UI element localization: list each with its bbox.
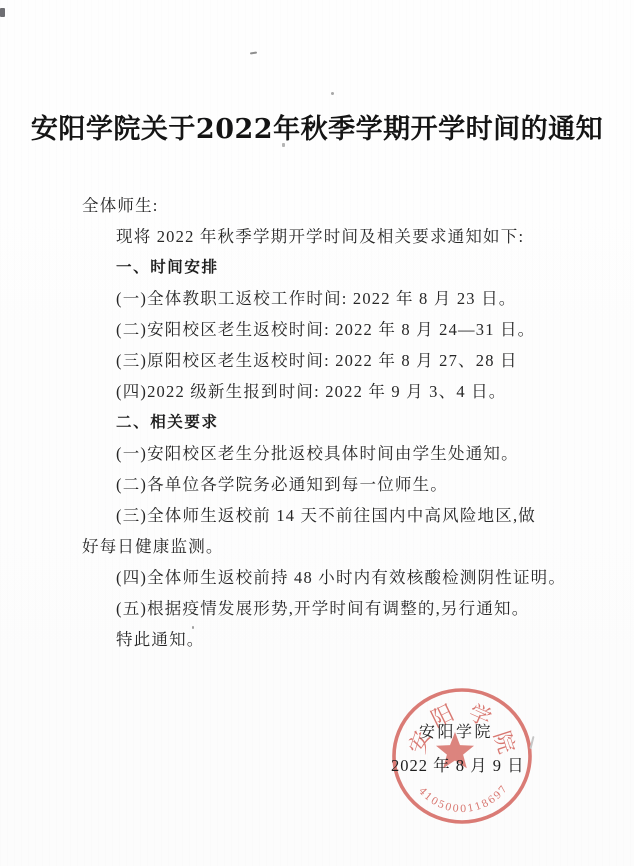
scan-artifact <box>192 626 194 629</box>
body-line: (二)安阳校区老生返校时间: 2022 年 8 月 24—31 日。 <box>82 314 574 345</box>
body-line: (三)原阳校区老生返校时间: 2022 年 8 月 27、28 日 <box>82 345 574 376</box>
body-line: 全体师生: <box>82 190 574 221</box>
notice-title: 安阳学院关于2022年秋季学期开学时间的通知 <box>0 107 634 146</box>
body-line: (四)全体师生返校前持 48 小时内有效核酸检测阴性证明。 <box>82 562 574 593</box>
scan-artifact <box>0 8 5 17</box>
scan-artifact <box>250 52 257 55</box>
body-line: (三)全体师生返校前 14 天不前往国内中高风险地区,做 <box>82 500 574 531</box>
body-line: 特此通知。 <box>82 624 574 655</box>
body-line: (五)根据疫情发展形势,开学时间有调整的,另行通知。 <box>82 593 574 624</box>
body-line: (一)全体教职工返校工作时间: 2022 年 8 月 23 日。 <box>82 283 574 314</box>
body-line: 现将 2022 年秋季学期开学时间及相关要求通知如下: <box>82 221 574 252</box>
signature-org: 安阳学院 <box>419 719 493 742</box>
body-line: (二)各单位各学院务必通知到每一位师生。 <box>82 469 574 500</box>
body-line: 好每日健康监测。 <box>82 531 574 562</box>
body-line: (四)2022 级新生报到时间: 2022 年 9 月 3、4 日。 <box>82 376 574 407</box>
scan-artifact <box>331 92 334 95</box>
scanned-page: 安阳学院关于2022年秋季学期开学时间的通知 全体师生:现将 2022 年秋季学… <box>0 0 634 866</box>
scan-artifact <box>282 143 285 147</box>
body-line: 二、相关要求 <box>82 407 574 438</box>
body-line: 一、时间安排 <box>82 252 574 283</box>
signature-date: 2022 年 8 月 9 日 <box>391 752 525 776</box>
notice-body: 全体师生:现将 2022 年秋季学期开学时间及相关要求通知如下:一、时间安排(一… <box>82 190 574 655</box>
seal-code: 4105000118697 <box>416 783 510 815</box>
body-line: (一)安阳校区老生分批返校具体时间由学生处通知。 <box>82 438 574 469</box>
